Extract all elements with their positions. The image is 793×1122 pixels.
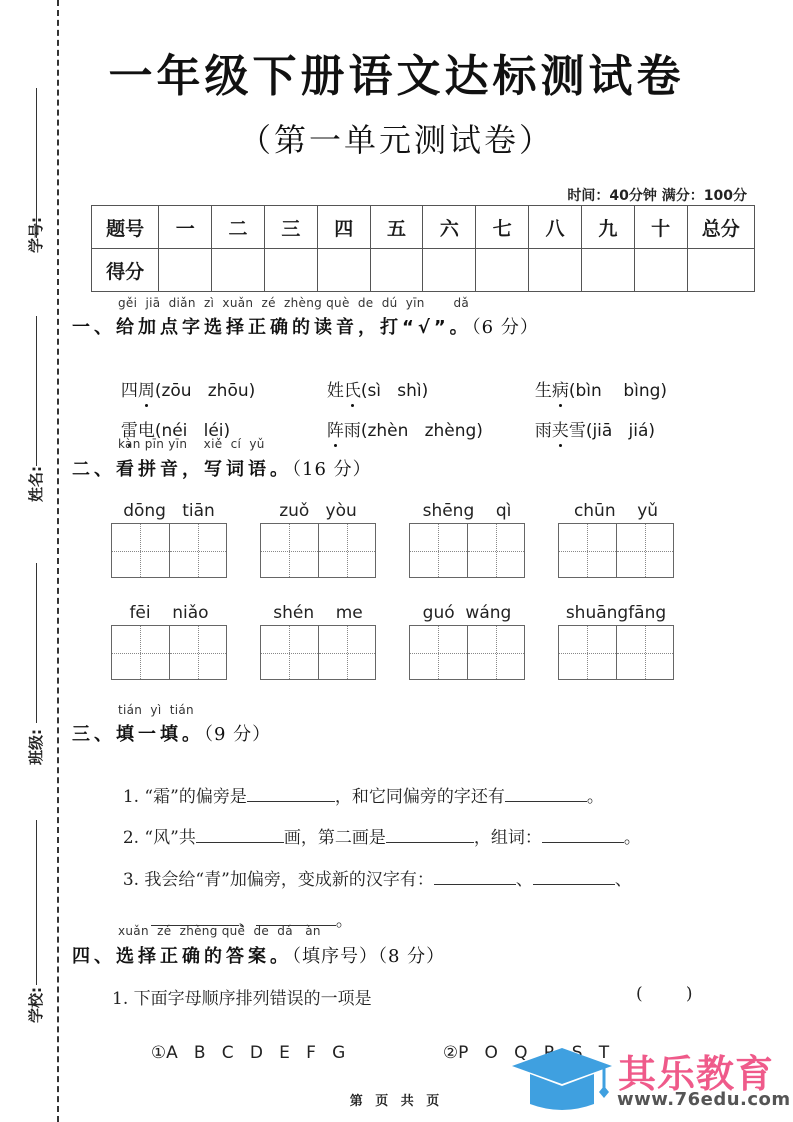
separator: 、 [615, 870, 632, 890]
word-char: 雨 [344, 421, 361, 441]
school-line[interactable] [36, 820, 37, 985]
score-cell[interactable] [529, 249, 582, 292]
choice-question-1: 1. 下面字母顺序排列错误的一项是 [112, 984, 372, 1009]
option-1[interactable]: ①A B C D E F G [140, 1023, 345, 1063]
section4-heading: 四、选择正确的答案。（填序号）（8 分） [72, 942, 445, 968]
grid-pinyin: dōng tiān [111, 501, 227, 523]
col-header: 二 [212, 206, 265, 249]
score-cell[interactable] [370, 249, 423, 292]
col-header: 六 [423, 206, 476, 249]
col-header: 五 [370, 206, 423, 249]
section1-title: 一、给加点字选择正确的读音，打“√”。 [72, 317, 472, 338]
exam-subtitle: （第一单元测试卷） [0, 115, 793, 161]
q1-item: 四周(zōu zhōu) [110, 356, 255, 401]
grid-pinyin: guó wáng [409, 603, 525, 625]
writing-grid[interactable] [260, 523, 376, 578]
grid-pinyin: chūn yǔ [558, 501, 674, 523]
score-table: 题号 一 二 三 四 五 六 七 八 九 十 总分 得分 [91, 205, 755, 292]
col-header: 三 [264, 206, 317, 249]
col-header: 九 [581, 206, 634, 249]
question-text: 。 [336, 911, 353, 931]
score-cell[interactable] [264, 249, 317, 292]
section3-title: 三、填一填。 [72, 724, 204, 745]
option-text: A B C D E F G [166, 1043, 345, 1063]
answer-blank[interactable] [533, 870, 615, 885]
q1-item: 雨夹雪(jiā jiá) [524, 396, 655, 441]
score-cell[interactable] [159, 249, 212, 292]
col-header: 十 [634, 206, 687, 249]
section1-points: （6 分） [472, 317, 539, 338]
writing-grid-group: chūn yǔ [558, 501, 674, 578]
student-name-label: 姓名: [15, 469, 55, 499]
score-cell[interactable] [423, 249, 476, 292]
section3-pinyin: tián yì tián [118, 703, 194, 717]
writing-grid[interactable] [558, 625, 674, 680]
section4-pinyin: xuǎn zé zhèng què de dá àn [118, 924, 321, 938]
score-cell-total[interactable] [687, 249, 754, 292]
grid-pinyin: shuāngfāng [558, 603, 674, 625]
fill-question-1: 1. “霜”的偏旁是，和它同偏旁的字还有。 [112, 762, 604, 807]
score-cell[interactable] [212, 249, 265, 292]
word-char: 雨 [535, 421, 552, 441]
section2-pinyin: kàn pīn yīn xiě cí yǔ [118, 437, 265, 451]
answer-parentheses[interactable]: ( ) [636, 984, 693, 1004]
class-line[interactable] [36, 563, 37, 723]
writing-grid[interactable] [409, 625, 525, 680]
word-char: 雪 [569, 421, 586, 441]
score-cell[interactable] [476, 249, 529, 292]
q1-item: 生病(bìn bìng) [524, 356, 667, 401]
q1-item: 姓氏(sì shì) [316, 356, 428, 401]
separator: 、 [516, 870, 533, 890]
answer-blank[interactable] [196, 828, 284, 843]
writing-grid[interactable] [111, 523, 227, 578]
answer-blank[interactable] [247, 787, 335, 802]
score-row: 得分 [92, 249, 755, 292]
section3-points: （9 分） [204, 724, 271, 745]
col-header: 七 [476, 206, 529, 249]
q1-item: 阵雨(zhèn zhèng) [316, 396, 483, 441]
exam-timing: 时间：40分钟 满分：100分 [567, 185, 747, 205]
writing-grid-group: guó wáng [409, 603, 525, 680]
section2-heading: 二、看拼音，写词语。（16 分） [72, 455, 372, 481]
school-label: 学校: [15, 990, 55, 1020]
writing-grid[interactable] [558, 523, 674, 578]
grid-pinyin: fēi niǎo [111, 603, 227, 625]
writing-grid[interactable] [111, 625, 227, 680]
col-header: 八 [529, 206, 582, 249]
section1-heading: 一、给加点字选择正确的读音，打“√”。（6 分） [72, 313, 539, 339]
grid-pinyin: shén me [260, 603, 376, 625]
question-number-row: 题号 一 二 三 四 五 六 七 八 九 十 总分 [92, 206, 755, 249]
student-name-line[interactable] [36, 316, 37, 466]
dotted-char: 阵 [327, 416, 344, 441]
answer-blank[interactable] [505, 787, 587, 802]
section2-title: 二、看拼音，写词语。 [72, 459, 292, 480]
grid-pinyin: shēng qì [409, 501, 525, 523]
section4-title: 四、选择正确的答案。 [72, 946, 292, 967]
col-header: 四 [317, 206, 370, 249]
score-cell[interactable] [634, 249, 687, 292]
writing-grid-group: shēng qì [409, 501, 525, 578]
q1-item: 雷电(néi léi) [110, 396, 230, 441]
answer-blank[interactable] [542, 828, 624, 843]
fill-question-3: 3. 我会给“青”加偏旁，变成新的汉字有：、、 [112, 845, 632, 890]
option-marker: ② [443, 1043, 458, 1063]
exam-title: 一年级下册语文达标测试卷 [0, 40, 793, 104]
col-header-total: 总分 [687, 206, 754, 249]
pinyin-options[interactable]: (zhèn zhèng) [361, 421, 483, 441]
binding-cut-line [57, 0, 59, 1122]
writing-grid-group: shuāngfāng [558, 603, 674, 680]
writing-grid[interactable] [260, 625, 376, 680]
option-marker: ① [151, 1043, 166, 1063]
col-header: 一 [159, 206, 212, 249]
class-label: 班级: [15, 732, 55, 762]
section1-pinyin: gěi jiā diǎn zì xuǎn zé zhèng què de dú … [118, 296, 469, 310]
score-cell[interactable] [581, 249, 634, 292]
section3-heading: 三、填一填。（9 分） [72, 720, 271, 746]
fill-question-2: 2. “风”共画，第二画是，组词：。 [112, 803, 641, 848]
dotted-char: 夹 [552, 416, 569, 441]
score-cell[interactable] [317, 249, 370, 292]
student-id-label: 学号: [15, 220, 55, 250]
section4-points: （填序号）（8 分） [292, 946, 445, 967]
watermark-url: www.76edu.com [617, 1089, 791, 1110]
row-header-score: 得分 [92, 249, 159, 292]
answer-blank[interactable] [386, 828, 474, 843]
answer-blank[interactable] [434, 870, 516, 885]
section2-points: （16 分） [292, 459, 372, 480]
row-header-question: 题号 [92, 206, 159, 249]
grid-pinyin: zuǒ yòu [260, 501, 376, 523]
writing-grid-group: zuǒ yòu [260, 501, 376, 578]
graduation-cap-icon [508, 1046, 616, 1112]
writing-grid[interactable] [409, 523, 525, 578]
writing-grid-group: dōng tiān [111, 501, 227, 578]
writing-grid-group: shén me [260, 603, 376, 680]
student-id-line[interactable] [36, 88, 37, 238]
pinyin-options[interactable]: (jiā jiá) [586, 421, 655, 441]
writing-grid-group: fēi niǎo [111, 603, 227, 680]
